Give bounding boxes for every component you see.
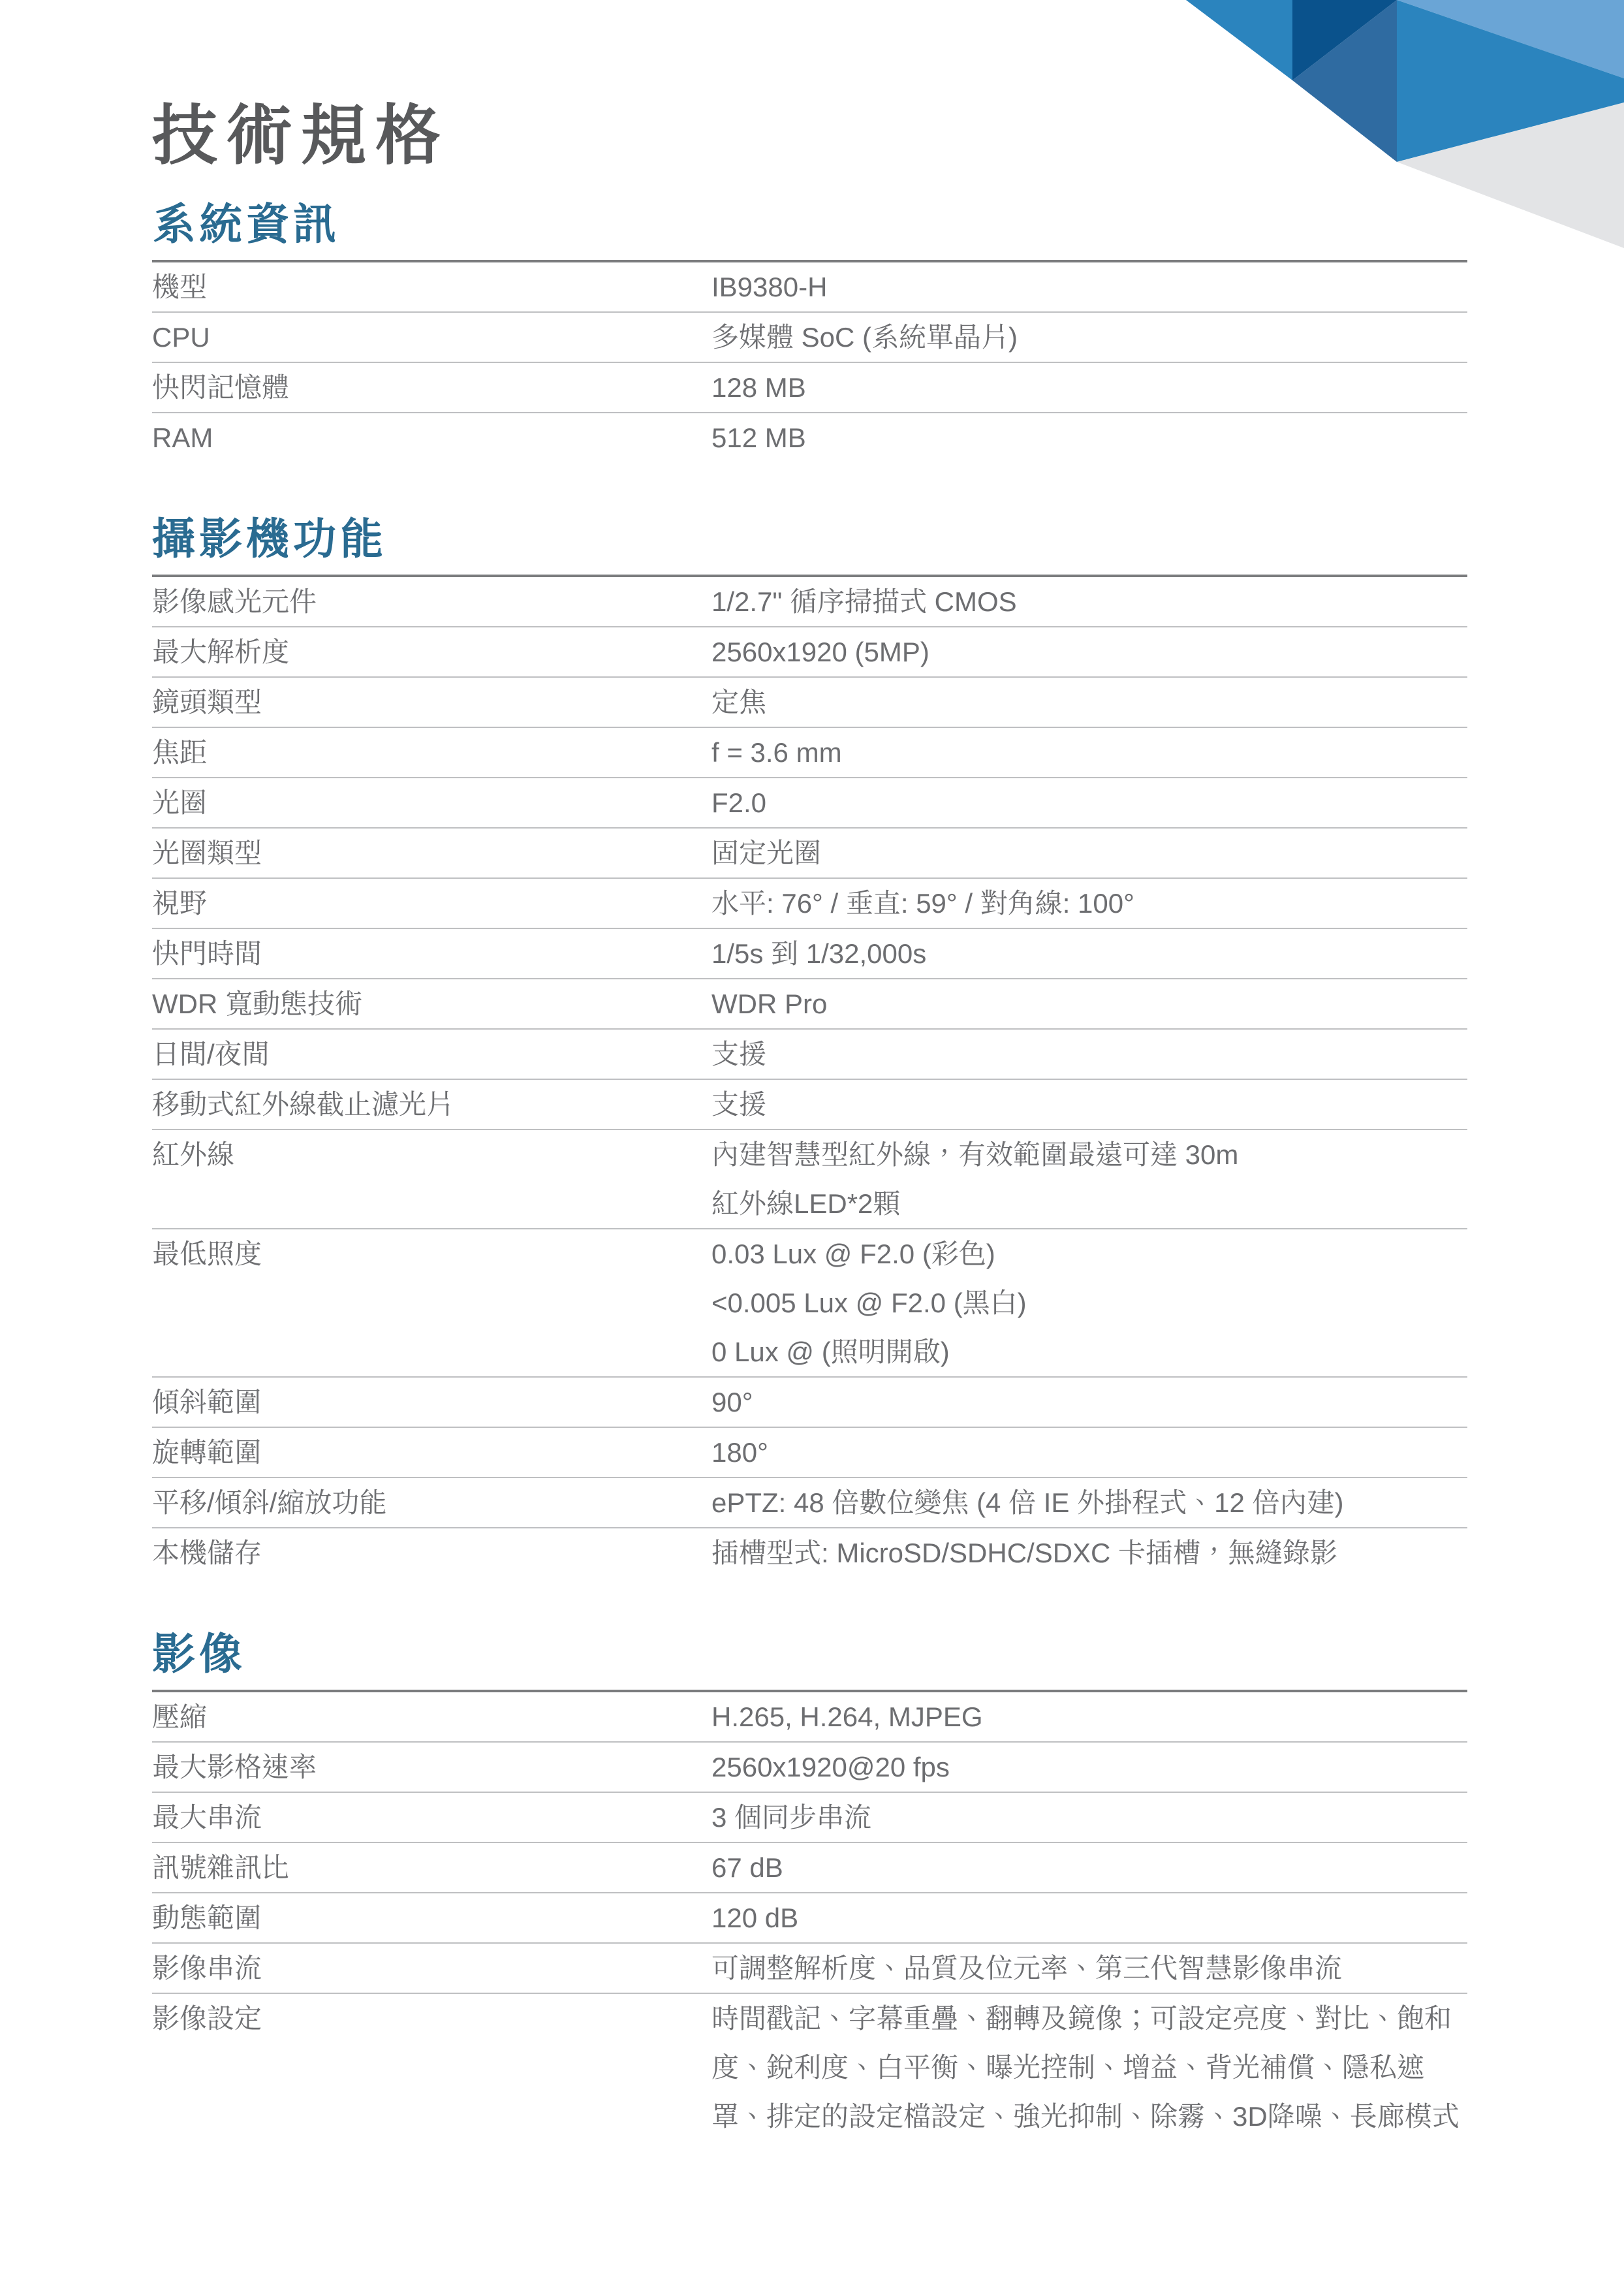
spec-label: 快門時間 [152, 929, 711, 978]
spec-label: 影像設定 [152, 1994, 711, 2043]
table-row: 壓縮 H.265, H.264, MJPEG [152, 1692, 1467, 1743]
spec-value: 1/5s 到 1/32,000s [711, 929, 1467, 978]
table-row: 影像感光元件 1/2.7" 循序掃描式 CMOS [152, 577, 1467, 627]
spec-value-line: 90° [711, 1378, 1467, 1427]
table-row: 旋轉範圍 180° [152, 1428, 1467, 1478]
spec-value: 插槽型式: MicroSD/SDHC/SDXC 卡插槽，無縫錄影 [711, 1528, 1467, 1577]
spec-value-line: 支援 [711, 1030, 1467, 1079]
spec-label: 最大串流 [152, 1793, 711, 1842]
spec-value: 3 個同步串流 [711, 1793, 1467, 1842]
spec-label: 影像串流 [152, 1944, 711, 1993]
section-video: 影像 壓縮 H.265, H.264, MJPEG 最大影格速率 2560x19… [152, 1632, 1467, 2141]
spec-label: 鏡頭類型 [152, 678, 711, 727]
spec-value: 1/2.7" 循序掃描式 CMOS [711, 577, 1467, 626]
spec-value-line: 3 個同步串流 [711, 1793, 1467, 1842]
spec-label: 光圈類型 [152, 829, 711, 877]
spec-label: 最低照度 [152, 1229, 711, 1278]
spec-value: H.265, H.264, MJPEG [711, 1692, 1467, 1741]
spec-value-line: 120 dB [711, 1893, 1467, 1942]
spec-label: 機型 [152, 262, 711, 311]
spec-value: 可調整解析度、品質及位元率、第三代智慧影像串流 [711, 1944, 1467, 1993]
spec-value-line: 內建智慧型紅外線，有效範圍最遠可達 30m [711, 1130, 1467, 1179]
spec-label: 壓縮 [152, 1692, 711, 1741]
table-row: 最大串流 3 個同步串流 [152, 1793, 1467, 1843]
section-camera-features: 攝影機功能 影像感光元件 1/2.7" 循序掃描式 CMOS 最大解析度 256… [152, 517, 1467, 1577]
spec-label: 紅外線 [152, 1130, 711, 1179]
spec-value: 支援 [711, 1030, 1467, 1079]
spec-sheet-page: { "page": { "title": "技術規格" }, "colors":… [0, 0, 1624, 2291]
spec-value-line: 水平: 76° / 垂直: 59° / 對角線: 100° [711, 879, 1467, 928]
spec-value: 時間戳記、字幕重疊、翻轉及鏡像；可設定亮度、對比、飽和度、銳利度、白平衡、曝光控… [711, 1994, 1467, 2141]
spec-value: IB9380-H [711, 262, 1467, 311]
spec-value-line: 2560x1920 (5MP) [711, 627, 1467, 676]
table-row: 機型 IB9380-H [152, 262, 1467, 313]
table-row: 傾斜範圍 90° [152, 1378, 1467, 1428]
spec-value-line: 1/2.7" 循序掃描式 CMOS [711, 577, 1467, 626]
spec-value-line: 時間戳記、字幕重疊、翻轉及鏡像；可設定亮度、對比、飽和度、銳利度、白平衡、曝光控… [711, 1994, 1467, 2141]
spec-label: CPU [152, 313, 711, 362]
spec-value-line: WDR Pro [711, 979, 1467, 1028]
spec-label: 最大解析度 [152, 627, 711, 676]
spec-value-line: <0.005 Lux @ F2.0 (黑白) [711, 1278, 1467, 1327]
table-row: 影像串流 可調整解析度、品質及位元率、第三代智慧影像串流 [152, 1944, 1467, 1994]
spec-label: 本機儲存 [152, 1528, 711, 1577]
spec-value-line: 2560x1920@20 fps [711, 1743, 1467, 1792]
spec-value: 512 MB [711, 413, 1467, 462]
spec-value-line: ePTZ: 48 倍數位變焦 (4 倍 IE 外掛程式、12 倍內建) [711, 1478, 1467, 1527]
spec-table-video: 壓縮 H.265, H.264, MJPEG 最大影格速率 2560x1920@… [152, 1690, 1467, 2141]
page-title: 技術規格 [152, 103, 1467, 168]
table-row: 光圈類型 固定光圈 [152, 829, 1467, 879]
spec-value: 128 MB [711, 363, 1467, 412]
table-row: CPU 多媒體 SoC (系統單晶片) [152, 313, 1467, 363]
spec-value-line: 1/5s 到 1/32,000s [711, 929, 1467, 978]
spec-value: 2560x1920 (5MP) [711, 627, 1467, 676]
spec-value-line: 定焦 [711, 678, 1467, 727]
spec-label: 最大影格速率 [152, 1743, 711, 1792]
spec-value: 0.03 Lux @ F2.0 (彩色)<0.005 Lux @ F2.0 (黑… [711, 1229, 1467, 1376]
table-row: 鏡頭類型 定焦 [152, 678, 1467, 728]
spec-value: F2.0 [711, 778, 1467, 827]
table-row: 快閃記憶體 128 MB [152, 363, 1467, 413]
spec-value: 90° [711, 1378, 1467, 1427]
spec-value-line: IB9380-H [711, 262, 1467, 311]
spec-value: 67 dB [711, 1843, 1467, 1892]
spec-label: 訊號雜訊比 [152, 1843, 711, 1892]
spec-value-line: 多媒體 SoC (系統單晶片) [711, 313, 1467, 362]
spec-value: f = 3.6 mm [711, 728, 1467, 777]
table-row: 視野 水平: 76° / 垂直: 59° / 對角線: 100° [152, 879, 1467, 929]
section-heading-video: 影像 [152, 1632, 1467, 1675]
section-heading-camera-features: 攝影機功能 [152, 517, 1467, 560]
spec-label: 動態範圍 [152, 1893, 711, 1942]
table-row: 平移/傾斜/縮放功能 ePTZ: 48 倍數位變焦 (4 倍 IE 外掛程式、1… [152, 1478, 1467, 1528]
spec-value: 180° [711, 1428, 1467, 1477]
spec-label: RAM [152, 413, 711, 462]
spec-value-line: 0.03 Lux @ F2.0 (彩色) [711, 1229, 1467, 1278]
spec-label: 旋轉範圍 [152, 1428, 711, 1477]
spec-label: 日間/夜間 [152, 1030, 711, 1079]
table-row: 最大解析度 2560x1920 (5MP) [152, 627, 1467, 678]
spec-value-line: 128 MB [711, 363, 1467, 412]
spec-value-line: 支援 [711, 1080, 1467, 1129]
spec-value: 2560x1920@20 fps [711, 1743, 1467, 1792]
spec-value: 水平: 76° / 垂直: 59° / 對角線: 100° [711, 879, 1467, 928]
table-row: RAM 512 MB [152, 413, 1467, 462]
spec-value-line: 512 MB [711, 413, 1467, 462]
table-row: 本機儲存 插槽型式: MicroSD/SDHC/SDXC 卡插槽，無縫錄影 [152, 1528, 1467, 1577]
spec-value: 定焦 [711, 678, 1467, 727]
spec-value: 固定光圈 [711, 829, 1467, 877]
table-row: 焦距 f = 3.6 mm [152, 728, 1467, 778]
section-heading-system-info: 系統資訊 [152, 202, 1467, 245]
table-row: 最大影格速率 2560x1920@20 fps [152, 1743, 1467, 1793]
spec-value: WDR Pro [711, 979, 1467, 1028]
table-row: 快門時間 1/5s 到 1/32,000s [152, 929, 1467, 979]
spec-value-line: 67 dB [711, 1843, 1467, 1892]
spec-value: 多媒體 SoC (系統單晶片) [711, 313, 1467, 362]
table-row: 日間/夜間 支援 [152, 1030, 1467, 1080]
spec-label: 光圈 [152, 778, 711, 827]
spec-value-line: 紅外線LED*2顆 [711, 1179, 1467, 1228]
table-row: 動態範圍 120 dB [152, 1893, 1467, 1944]
spec-table-system-info: 機型 IB9380-H CPU 多媒體 SoC (系統單晶片) 快閃記憶體 12… [152, 260, 1467, 462]
spec-value-line: 固定光圈 [711, 829, 1467, 877]
spec-value-line: 插槽型式: MicroSD/SDHC/SDXC 卡插槽，無縫錄影 [711, 1528, 1467, 1577]
spec-value: 內建智慧型紅外線，有效範圍最遠可達 30m紅外線LED*2顆 [711, 1130, 1467, 1228]
spec-value-line: 0 Lux @ (照明開啟) [711, 1327, 1467, 1376]
section-system-info: 系統資訊 機型 IB9380-H CPU 多媒體 SoC (系統單晶片) 快閃記… [152, 202, 1467, 462]
table-row: 光圈 F2.0 [152, 778, 1467, 829]
spec-label: 平移/傾斜/縮放功能 [152, 1478, 711, 1527]
spec-value-line: H.265, H.264, MJPEG [711, 1692, 1467, 1741]
spec-value: 120 dB [711, 1893, 1467, 1942]
spec-label: WDR 寬動態技術 [152, 979, 711, 1028]
spec-value-line: 可調整解析度、品質及位元率、第三代智慧影像串流 [711, 1944, 1467, 1993]
content: 技術規格 系統資訊 機型 IB9380-H CPU 多媒體 SoC (系統單晶片… [0, 0, 1624, 2141]
table-row: WDR 寬動態技術 WDR Pro [152, 979, 1467, 1030]
spec-label: 傾斜範圍 [152, 1378, 711, 1427]
table-row: 移動式紅外線截止濾光片 支援 [152, 1080, 1467, 1130]
spec-value-line: F2.0 [711, 778, 1467, 827]
table-row: 紅外線 內建智慧型紅外線，有效範圍最遠可達 30m紅外線LED*2顆 [152, 1130, 1467, 1229]
spec-value: 支援 [711, 1080, 1467, 1129]
spec-label: 移動式紅外線截止濾光片 [152, 1080, 711, 1129]
spec-label: 視野 [152, 879, 711, 928]
spec-label: 快閃記憶體 [152, 363, 711, 412]
spec-table-camera-features: 影像感光元件 1/2.7" 循序掃描式 CMOS 最大解析度 2560x1920… [152, 575, 1467, 1577]
table-row: 訊號雜訊比 67 dB [152, 1843, 1467, 1893]
spec-value: ePTZ: 48 倍數位變焦 (4 倍 IE 外掛程式、12 倍內建) [711, 1478, 1467, 1527]
table-row: 最低照度 0.03 Lux @ F2.0 (彩色)<0.005 Lux @ F2… [152, 1229, 1467, 1378]
table-row: 影像設定 時間戳記、字幕重疊、翻轉及鏡像；可設定亮度、對比、飽和度、銳利度、白平… [152, 1994, 1467, 2141]
spec-label: 影像感光元件 [152, 577, 711, 626]
spec-value-line: 180° [711, 1428, 1467, 1477]
spec-label: 焦距 [152, 728, 711, 777]
spec-value-line: f = 3.6 mm [711, 728, 1467, 777]
